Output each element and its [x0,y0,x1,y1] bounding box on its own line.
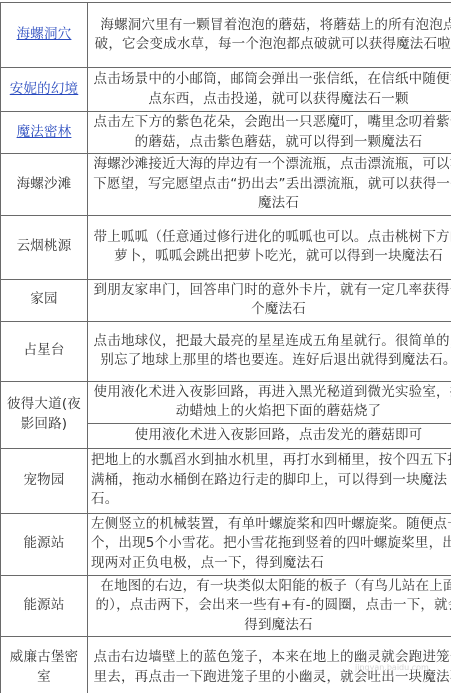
description-cell: 点击地球仪，把最大最亮的星星连成五角星就行。很简单的，别忘了地球上那里的塔也要连… [88,321,451,381]
table-row: 能源站 左侧竖立的机械装置，有单叶螺旋桨和四叶螺旋桨。随便点一个，出现5个小雪花… [1,513,451,575]
description-cell: 到朋友家串门，回答串门时的意外卡片，就有一定几率获得一个魔法石 [88,279,451,321]
description-cell: 把地上的水瓢舀水到抽水机里，再打水到桶里，按个四五下打满桶，拖动水桶倒在路边行走… [88,448,451,513]
location-cell: 能源站 [1,575,88,637]
description-cell: 使用液化术进入夜影回路，再进入黑光秘道到微光实验室，拖动蜡烛上的火焰把下面的蘑菇… [88,381,451,423]
description-cell: 带上呱呱（任意通过修行进化的呱呱也可以。点击桃树下方的萝卜，呱呱会跳出把萝卜吃光… [88,215,451,279]
location-link[interactable]: 海螺洞穴 [17,26,72,42]
location-cell: 海螺沙滩 [1,154,88,216]
description-cell: 使用液化术进入夜影回路，点击发光的蘑菇即可 [88,423,451,448]
description-cell: 点击左下方的紫色花朵，会跑出一只恶魔叮，嘴里念叨着紫色的蘑菇，点击紫色蘑菇，就可… [88,112,451,154]
location-cell[interactable]: 海螺洞穴 [1,3,88,68]
description-cell: 海螺沙滩接近大海的岸边有一个漂流瓶，点击漂流瓶，可以写下愿望，写完愿望点击“扔出… [88,154,451,216]
location-cell: 家园 [1,279,88,321]
location-cell: 威廉古堡密室 [1,637,88,693]
location-cell[interactable]: 魔法密林 [1,112,88,154]
magic-stone-locations-table: 海螺洞穴 海螺洞穴里有一颗冒着泡泡的蘑菇，将蘑菇上的所有泡泡点破，它会变成水草，… [0,2,451,693]
table-row: 魔法密林 点击左下方的紫色花朵，会跑出一只恶魔叮，嘴里念叨着紫色的蘑菇，点击紫色… [1,112,451,154]
location-cell: 彼得大道(夜影回路) [1,381,88,448]
table-row: 占星台 点击地球仪，把最大最亮的星星连成五角星就行。很简单的，别忘了地球上那里的… [1,321,451,381]
table-row: 宠物园 把地上的水瓢舀水到抽水机里，再打水到桶里，按个四五下打满桶，拖动水桶倒在… [1,448,451,513]
table-row: 安妮的幻境 点击场景中的小邮筒，邮筒会弹出一张信纸，在信纸中随便写点东西，点击投… [1,68,451,112]
location-cell: 云烟桃源 [1,215,88,279]
location-link[interactable]: 魔法密林 [17,124,72,140]
description-cell: 在地图的右边，有一块类似太阳能的板子（有鸟儿站在上面的），点击两下，会出来一些有… [88,575,451,637]
watermark: jingyan.baidu.com [355,663,429,672]
description-cell: 左侧竖立的机械装置，有单叶螺旋桨和四叶螺旋桨。随便点一个，出现5个小雪花。把小雪… [88,513,451,575]
table-row: 海螺洞穴 海螺洞穴里有一颗冒着泡泡的蘑菇，将蘑菇上的所有泡泡点破，它会变成水草，… [1,3,451,68]
location-cell: 能源站 [1,513,88,575]
magic-stone-table-container: 海螺洞穴 海螺洞穴里有一颗冒着泡泡的蘑菇，将蘑菇上的所有泡泡点破，它会变成水草，… [0,2,451,693]
table-row: 能源站 在地图的右边，有一块类似太阳能的板子（有鸟儿站在上面的），点击两下，会出… [1,575,451,637]
location-cell: 占星台 [1,321,88,381]
location-cell[interactable]: 安妮的幻境 [1,68,88,112]
description-cell: 海螺洞穴里有一颗冒着泡泡的蘑菇，将蘑菇上的所有泡泡点破，它会变成水草，每一个泡泡… [88,3,451,68]
table-row: 云烟桃源 带上呱呱（任意通过修行进化的呱呱也可以。点击桃树下方的萝卜，呱呱会跳出… [1,215,451,279]
table-row: 家园 到朋友家串门，回答串门时的意外卡片，就有一定几率获得一个魔法石 [1,279,451,321]
location-link[interactable]: 安妮的幻境 [10,81,79,97]
location-cell: 宠物园 [1,448,88,513]
description-cell: 点击场景中的小邮筒，邮筒会弹出一张信纸，在信纸中随便写点东西，点击投递，就可以获… [88,68,451,112]
table-row: 海螺沙滩 海螺沙滩接近大海的岸边有一个漂流瓶，点击漂流瓶，可以写下愿望，写完愿望… [1,154,451,216]
table-row: 彼得大道(夜影回路) 使用液化术进入夜影回路，再进入黑光秘道到微光实验室，拖动蜡… [1,381,451,423]
